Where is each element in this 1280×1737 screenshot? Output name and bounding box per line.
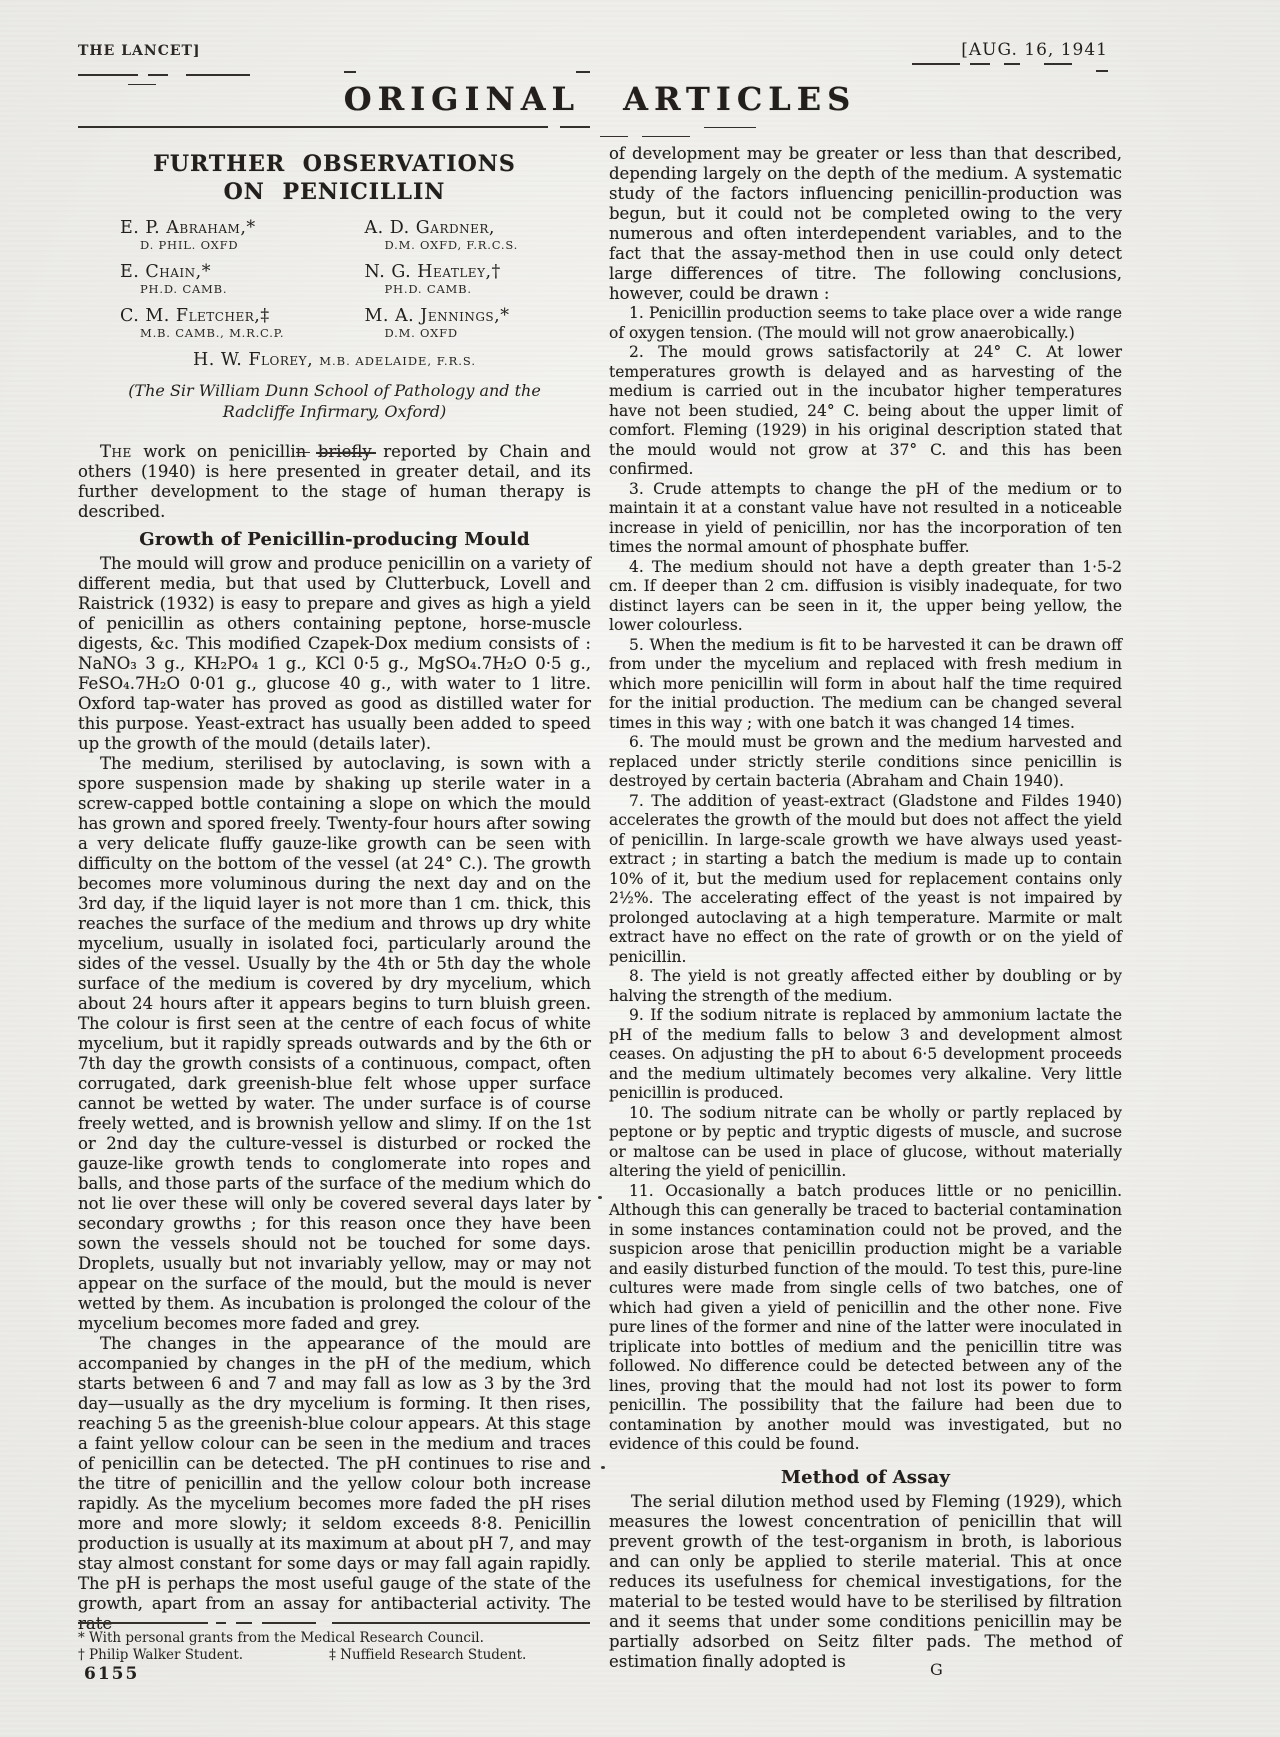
page-content: THE LANCET] [AUG. 16, 1941 ORIGINAL ARTI…	[78, 40, 1122, 1672]
footnote-block: * With personal grants from the Medical …	[78, 1630, 591, 1663]
author-entry: C. M. Fletcher,‡ M.B. CAMB., M.R.C.P.	[78, 306, 335, 341]
journal-page: THE LANCET] [AUG. 16, 1941 ORIGINAL ARTI…	[0, 0, 1280, 1737]
footnote-students: † Philip Walker Student. ‡ Nuffield Rese…	[78, 1647, 591, 1664]
author-degrees: M.B. CAMB., M.R.C.P.	[120, 326, 335, 341]
scan-artifact	[1044, 63, 1072, 65]
author-degrees: PH.D. CAMB.	[365, 282, 592, 297]
scan-artifact	[1096, 70, 1108, 72]
conclusion-item-7: 7. The addition of yeast-extract (Gladst…	[609, 792, 1122, 968]
scan-artifact	[642, 136, 690, 137]
author-entry: E. P. Abraham,* D. PHIL. OXFD	[78, 218, 335, 253]
author-degrees: D.M. OXFD, F.R.C.S.	[365, 238, 592, 253]
scan-artifact	[78, 74, 138, 76]
footnote-rule	[78, 1622, 208, 1624]
author-name: H. W. Florey,	[193, 350, 313, 370]
page-number: 6155	[84, 1664, 139, 1684]
footnote-rule	[216, 1622, 226, 1624]
scan-artifact	[576, 71, 590, 73]
author-name: C. M. Fletcher,‡	[120, 306, 335, 326]
title-rule	[78, 126, 548, 128]
author-degrees: PH.D. CAMB.	[120, 282, 335, 297]
scan-artifact	[600, 136, 628, 137]
author-degrees: D. PHIL. OXFD	[120, 238, 335, 253]
section-heading-growth: Growth of Penicillin-producing Mould	[78, 529, 591, 551]
lead-word: The	[100, 442, 132, 461]
author-name: A. D. Gardner,	[365, 218, 592, 238]
printer-signature: G	[930, 1660, 943, 1679]
body-paragraph-growth: The medium, sterilised by autoclaving, i…	[78, 754, 591, 1334]
author-degrees: D.M. OXFD	[365, 326, 592, 341]
article-title: FURTHER OBSERVATIONS ON PENICILLIN	[145, 150, 525, 206]
conclusion-item-9: 9. If the sodium nitrate is replaced by …	[609, 1006, 1122, 1104]
section-banner: ORIGINAL ARTICLES	[78, 80, 1122, 118]
scan-artifact	[128, 84, 156, 85]
author-name: E. Chain,*	[120, 262, 335, 282]
conclusion-item-1: 1. Penicillin production seems to take p…	[609, 304, 1122, 343]
continuation-paragraph: of development may be greater or less th…	[609, 144, 1122, 304]
affiliation: (The Sir William Dunn School of Patholog…	[92, 380, 578, 422]
scan-artifact	[970, 63, 990, 65]
right-column: of development may be greater or less th…	[609, 144, 1122, 1672]
section-heading-assay: Method of Assay	[609, 1467, 1122, 1489]
conclusion-item-10: 10. The sodium nitrate can be wholly or …	[609, 1104, 1122, 1182]
affiliation-divider	[296, 452, 310, 453]
affiliation-divider	[316, 452, 376, 454]
footnote-rule	[262, 1622, 316, 1624]
two-column-layout: FURTHER OBSERVATIONS ON PENICILLIN E. P.…	[78, 144, 1122, 1672]
author-entry: N. G. Heatley,† PH.D. CAMB.	[335, 262, 592, 297]
author-entry: E. Chain,* PH.D. CAMB.	[78, 262, 335, 297]
scan-speck	[598, 1196, 602, 1199]
conclusion-item-3: 3. Crude attempts to change the pH of th…	[609, 480, 1122, 558]
scan-artifact	[148, 74, 168, 76]
footnote-rule	[236, 1622, 252, 1624]
conclusion-item-5: 5. When the medium is fit to be harveste…	[609, 636, 1122, 734]
author-name: E. P. Abraham,*	[120, 218, 335, 238]
author-degrees: M.B. ADELAIDE, F.R.S.	[319, 354, 476, 368]
scan-speck	[601, 1466, 605, 1469]
conclusion-item-6: 6. The mould must be grown and the mediu…	[609, 733, 1122, 792]
footnote-nuffield: ‡ Nuffield Research Student.	[329, 1647, 526, 1664]
conclusion-item-11: 11. Occasionally a batch produces little…	[609, 1182, 1122, 1455]
footnote-philip-walker: † Philip Walker Student.	[78, 1647, 243, 1664]
footnote-grant: * With personal grants from the Medical …	[78, 1630, 591, 1647]
journal-name: THE LANCET]	[78, 43, 201, 59]
body-paragraph-assay: The serial dilution method used by Flemi…	[609, 1492, 1122, 1672]
scan-artifact	[186, 74, 250, 76]
conclusion-item-8: 8. The yield is not greatly affected eit…	[609, 967, 1122, 1006]
author-block: E. P. Abraham,* D. PHIL. OXFD A. D. Gard…	[78, 218, 591, 341]
conclusion-item-4: 4. The medium should not have a depth gr…	[609, 558, 1122, 636]
scan-artifact	[344, 71, 356, 73]
issue-date: [AUG. 16, 1941	[961, 40, 1108, 60]
lead-author: H. W. Florey, M.B. ADELAIDE, F.R.S.	[78, 350, 591, 370]
scan-artifact	[704, 127, 756, 128]
author-name: N. G. Heatley,†	[365, 262, 592, 282]
running-head: THE LANCET] [AUG. 16, 1941	[78, 40, 1122, 60]
scan-artifact	[1004, 63, 1020, 65]
intro-paragraph: The work on penicillin briefly reported …	[78, 442, 591, 522]
left-column: FURTHER OBSERVATIONS ON PENICILLIN E. P.…	[78, 144, 591, 1672]
footnote-rule	[332, 1622, 590, 1624]
scan-artifact	[912, 63, 960, 65]
author-entry: M. A. Jennings,* D.M. OXFD	[335, 306, 592, 341]
author-entry: A. D. Gardner, D.M. OXFD, F.R.C.S.	[335, 218, 592, 253]
conclusion-item-2: 2. The mould grows satisfactorily at 24°…	[609, 343, 1122, 480]
body-paragraph-media: The mould will grow and produce penicill…	[78, 554, 591, 754]
title-rule	[560, 126, 590, 128]
author-name: M. A. Jennings,*	[365, 306, 592, 326]
body-paragraph-ph: The changes in the appearance of the mou…	[78, 1334, 591, 1634]
